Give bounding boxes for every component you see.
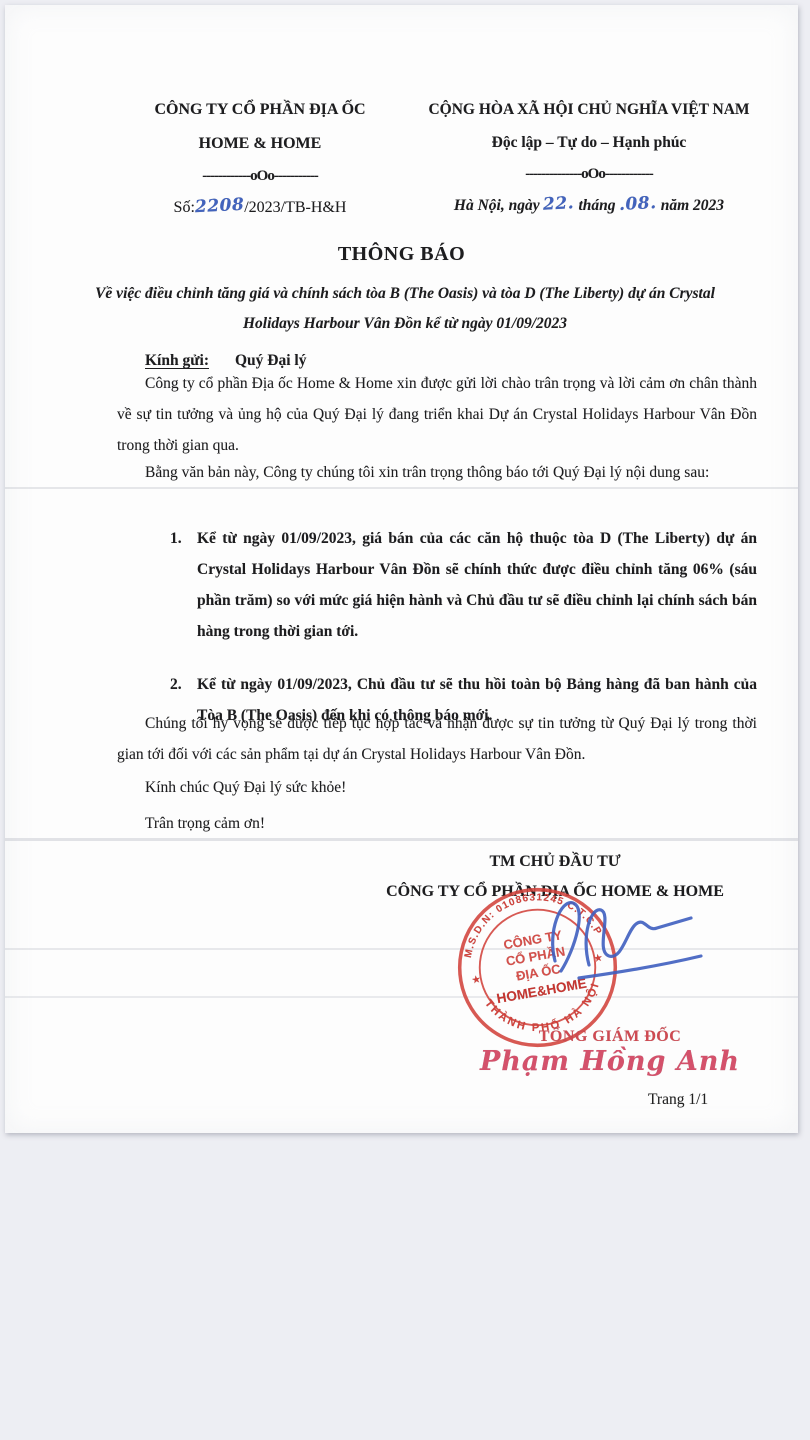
company-name-line2: HOME & HOME <box>105 127 415 161</box>
paragraph-wishes: Kính chúc Quý Đại lý sức khỏe! <box>117 772 757 803</box>
paragraph-thanks: Trân trọng cảm ơn! <box>117 808 757 839</box>
document-subtitle: Về việc điều chỉnh tăng giá và chính sác… <box>85 279 725 339</box>
list-item-number: 1. <box>170 523 182 554</box>
national-motto-line2: Độc lập – Tự do – Hạnh phúc <box>403 127 775 159</box>
signer-name: Phạm Hồng Anh <box>465 1046 755 1077</box>
header-right-divider: --------------oOo------------ <box>403 159 775 189</box>
document-number-line: Số:2208/2023/TB-H&H <box>105 191 415 224</box>
doc-number-prefix: Số: <box>174 199 195 216</box>
date-day-handwritten: 22. <box>543 187 576 221</box>
scanned-document-viewer: { "colors": { "paper": "#fdfdfd", "backg… <box>0 0 810 1440</box>
paragraph-announce: Bằng văn bản này, Công ty chúng tôi xin … <box>117 457 757 488</box>
national-motto-line1: CỘNG HÒA XÃ HỘI CHỦ NGHĨA VIỆT NAM <box>403 93 775 127</box>
header-company-block: CÔNG TY CỔ PHẦN ĐỊA ỐC HOME & HOME -----… <box>105 93 415 224</box>
header-national-block: CỘNG HÒA XÃ HỘI CHỦ NGHĨA VIỆT NAM Độc l… <box>403 93 775 222</box>
list-item-text: Kể từ ngày 01/09/2023, giá bán của các c… <box>197 530 757 640</box>
list-item-number: 2. <box>170 669 182 700</box>
document-title: THÔNG BÁO <box>5 243 798 266</box>
date-suffix: năm 2023 <box>661 197 724 214</box>
company-name-line1: CÔNG TY CỔ PHẦN ĐỊA ỐC <box>105 93 415 127</box>
signer-block: TỔNG GIÁM ĐỐC Phạm Hồng Anh <box>465 1028 755 1077</box>
date-place-line: Hà Nội, ngày 22. tháng .08. năm 2023 <box>403 189 775 222</box>
doc-number-handwritten: 2208 <box>194 189 245 224</box>
on-behalf-line: TM CHỦ ĐẦU TƯ <box>350 847 760 877</box>
list-item: 1. Kể từ ngày 01/09/2023, giá bán của cá… <box>117 523 757 647</box>
handwritten-signature <box>533 883 713 998</box>
signer-role: TỔNG GIÁM ĐỐC <box>465 1028 755 1046</box>
date-prefix: Hà Nội, ngày <box>454 197 540 214</box>
date-month-handwritten: .08. <box>619 187 658 221</box>
greeting-value: Quý Đại lý <box>235 352 306 369</box>
doc-number-suffix: /2023/TB-H&H <box>244 199 346 216</box>
paragraph-intro: Công ty cổ phần Địa ốc Home & Home xin đ… <box>117 368 757 461</box>
header-left-divider: ------------oOo----------- <box>105 161 415 191</box>
signature-stroke-icon <box>533 883 713 998</box>
date-middle: tháng <box>578 197 615 214</box>
paragraph-closing: Chúng tôi hy vọng sẽ được tiếp tục hợp t… <box>117 708 757 770</box>
page-number: Trang 1/1 <box>648 1091 708 1109</box>
greeting-label: Kính gửi: <box>145 352 209 369</box>
document-page: CÔNG TY CỔ PHẦN ĐỊA ỐC HOME & HOME -----… <box>5 5 798 1133</box>
